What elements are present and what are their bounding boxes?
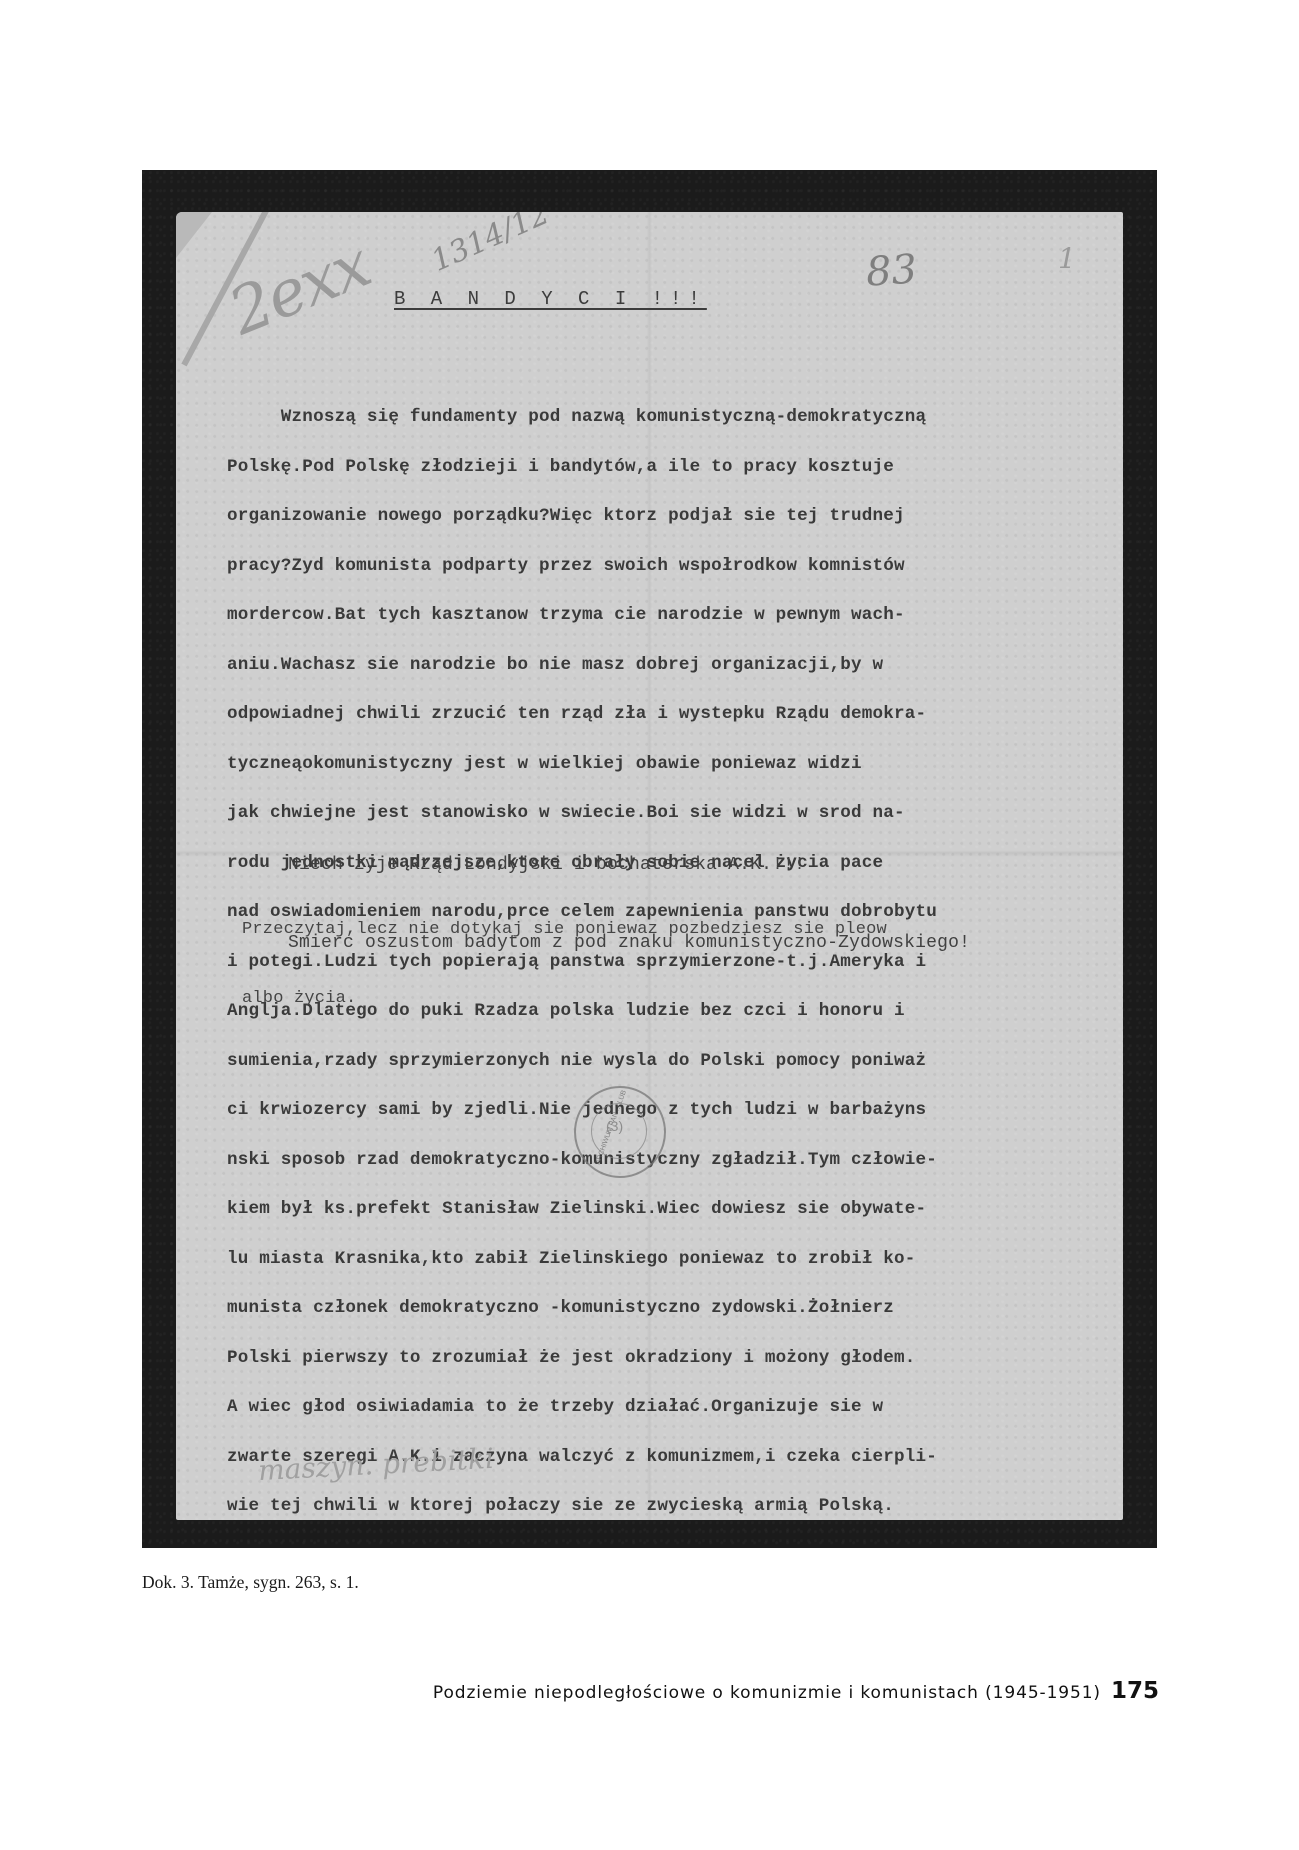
warning-line: albo życia.	[242, 987, 887, 1010]
body-line: organizowanie nowego porządku?Więc ktorz…	[227, 508, 937, 525]
footer-book-title: Podziemie niepodległościowe o komunizmie…	[433, 1683, 1101, 1703]
document-title: B A N D Y C I !!!	[394, 288, 707, 310]
body-line: Polskę.Pod Polskę złodzieji i bandytów,a…	[227, 459, 937, 476]
body-line: Wznoszą się fundamenty pod nazwą komunis…	[227, 409, 937, 426]
body-line: wie tej chwili w ktorej połaczy sie ze z…	[227, 1498, 937, 1515]
handwritten-corner-tick: 1	[1058, 242, 1076, 275]
body-line: mordercow.Bat tych kasztanow trzyma cie …	[227, 607, 937, 624]
corner-fold	[176, 212, 212, 258]
body-line: lu miasta Krasnika,kto zabił Zielinskieg…	[227, 1251, 937, 1268]
body-line: munista członek demokratyczno -komunisty…	[227, 1300, 937, 1317]
body-line: A wiec głod osiwiadamia to że trzeby dzi…	[227, 1399, 937, 1416]
body-line: kiem był ks.prefekt Stanisław Zielinski.…	[227, 1201, 937, 1218]
warning-line: Przeczytaj,lecz nie dotykaj sie poniewaz…	[242, 918, 887, 941]
body-line: odpowiadnej chwili zrzucić ten rząd zła …	[227, 706, 937, 723]
stamp-center-text: (3)	[606, 1118, 623, 1134]
document-warning: Przeczytaj,lecz nie dotykaj sie poniewaz…	[242, 872, 887, 1056]
footer-page-number: 175	[1111, 1678, 1159, 1704]
body-line: Polski pierwszy to zrozumiał że jest okr…	[227, 1350, 937, 1367]
document-scan: 2exx 1314/12 83 1 B A N D Y C I !!! Wzno…	[142, 170, 1157, 1548]
body-line: pracy?Zyd komunista podparty przez swoic…	[227, 558, 937, 575]
running-footer: Podziemie niepodległościowe o komunizmie…	[433, 1678, 1159, 1704]
handwritten-page-number: 83	[864, 246, 918, 295]
figure-caption: Dok. 3. Tamże, sygn. 263, s. 1.	[142, 1572, 359, 1593]
body-line: aniu.Wachasz sie narodzie bo nie masz do…	[227, 657, 937, 674]
body-line: tyczneąokomunistyczny jest w wielkiej ob…	[227, 756, 937, 773]
handwritten-folio-mark: 1314/12	[426, 212, 554, 279]
archive-stamp: ARCHIWUM PAN ... LUB (3)	[574, 1086, 666, 1178]
typewritten-leaflet: 2exx 1314/12 83 1 B A N D Y C I !!! Wzno…	[176, 212, 1123, 1520]
